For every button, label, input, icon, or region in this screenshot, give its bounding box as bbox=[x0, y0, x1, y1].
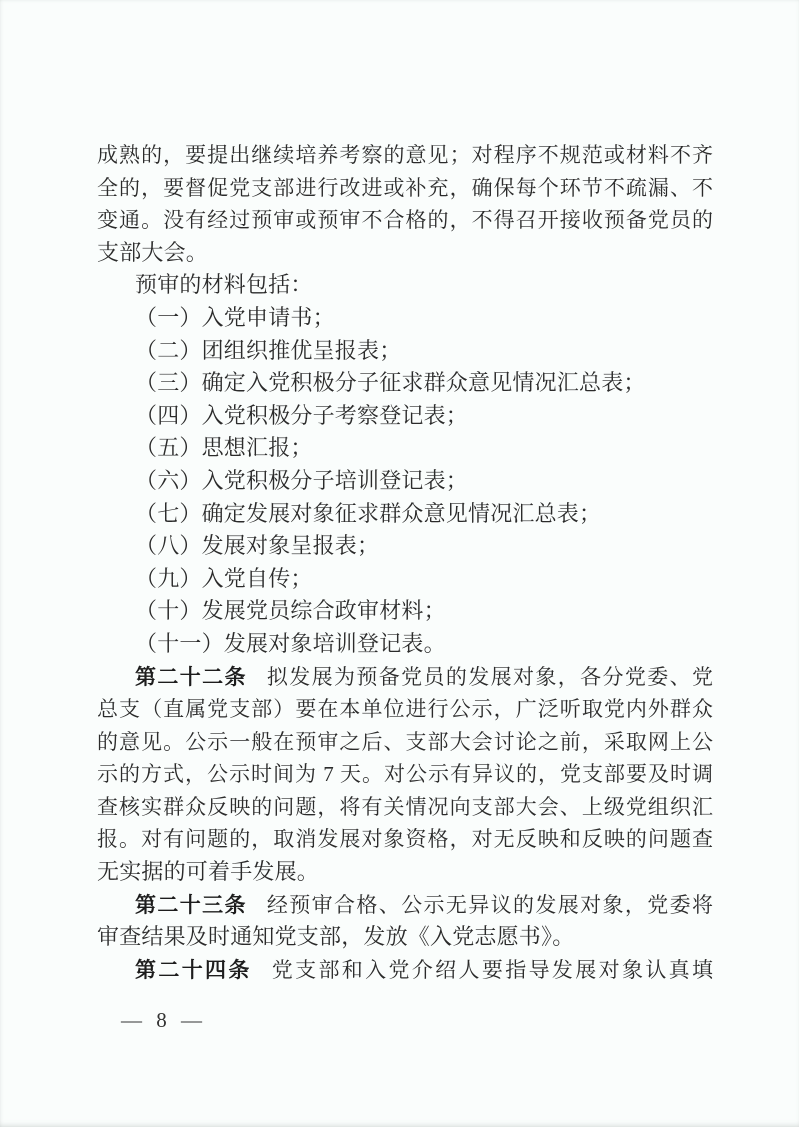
article-number-label: 第二十三条 bbox=[135, 893, 247, 917]
text-line: 变通。没有经过预审或预审不合格的，不得召开接收预备党员的 bbox=[97, 204, 713, 237]
text-line: 成熟的，要提出继续培养考察的意见；对程序不规范或材料不齐 bbox=[97, 139, 713, 172]
text-line: （四）入党积极分子考察登记表； bbox=[97, 400, 713, 433]
article-number-label: 第二十二条 bbox=[135, 665, 247, 689]
text-line: 报。对有问题的，取消发展对象资格，对无反映和反映的问题查 bbox=[97, 823, 713, 856]
text-line: 的意见。公示一般在预审之后、支部大会讨论之前，采取网上公 bbox=[97, 726, 713, 759]
text-line: （七）确定发展对象征求群众意见情况汇总表； bbox=[97, 498, 713, 531]
text-line: 示的方式，公示时间为 7 天。对公示有异议的，党支部要及时调 bbox=[97, 758, 713, 791]
text-line: 无实据的可着手发展。 bbox=[97, 856, 713, 889]
text-line: （八）发展对象呈报表； bbox=[97, 530, 713, 563]
scanned-document-page: 成熟的，要提出继续培养考察的意见；对程序不规范或材料不齐全的，要督促党支部进行改… bbox=[0, 0, 799, 1127]
text-line: （十一）发展对象培训登记表。 bbox=[97, 628, 713, 661]
text-line: （二）团组织推优呈报表； bbox=[97, 335, 713, 368]
article-line: 第二十四条党支部和入党介绍人要指导发展对象认真填 bbox=[97, 954, 713, 987]
text-line: （三）确定入党积极分子征求群众意见情况汇总表； bbox=[97, 367, 713, 400]
text-line: 预审的材料包括： bbox=[97, 269, 713, 302]
document-body: 成熟的，要提出继续培养考察的意见；对程序不规范或材料不齐全的，要督促党支部进行改… bbox=[97, 139, 713, 986]
text-line: （五）思想汇报； bbox=[97, 432, 713, 465]
text-line: （九）入党自传； bbox=[97, 563, 713, 596]
article-number-label: 第二十四条 bbox=[135, 958, 252, 982]
text-line: 支部大会。 bbox=[97, 237, 713, 270]
text-line: （十）发展党员综合政审材料； bbox=[97, 595, 713, 628]
text-line: 审查结果及时通知党支部，发放《入党志愿书》。 bbox=[97, 921, 713, 954]
text-line: 查核实群众反映的问题，将有关情况向支部大会、上级党组织汇 bbox=[97, 791, 713, 824]
text-line: 全的，要督促党支部进行改进或补充，确保每个环节不疏漏、不 bbox=[97, 172, 713, 205]
article-line: 第二十二条拟发展为预备党员的发展对象，各分党委、党 bbox=[97, 661, 713, 694]
text-line: （六）入党积极分子培训登记表； bbox=[97, 465, 713, 498]
page-number: — 8 — bbox=[121, 1008, 203, 1033]
text-line: 总支（直属党支部）要在本单位进行公示，广泛听取党内外群众 bbox=[97, 693, 713, 726]
article-line: 第二十三条经预审合格、公示无异议的发展对象，党委将 bbox=[97, 889, 713, 922]
text-line: （一）入党申请书； bbox=[97, 302, 713, 335]
